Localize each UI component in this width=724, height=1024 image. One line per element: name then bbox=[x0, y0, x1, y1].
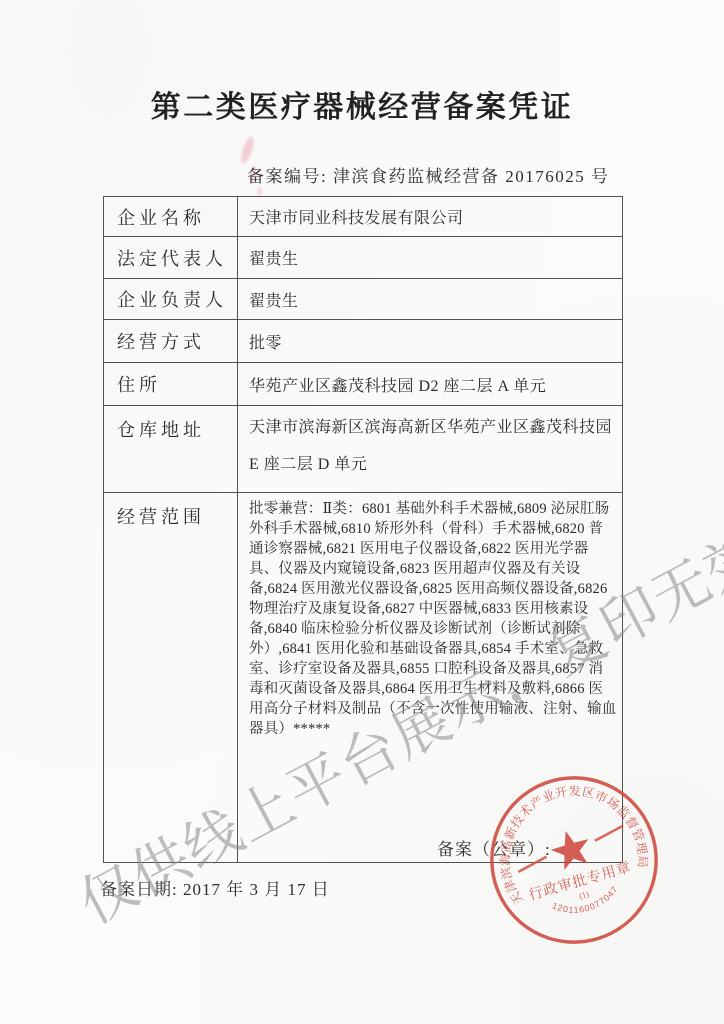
table-row: 仓库地址 天津市滨海新区滨海高新区华苑产业区鑫茂科技园 E 座二层 D 单元 bbox=[104, 406, 623, 493]
filing-date: 备案日期: 2017 年 3 月 17 日 bbox=[100, 875, 330, 900]
scan-smudge bbox=[239, 135, 256, 164]
field-label: 仓库地址 bbox=[104, 406, 238, 493]
seal-flourish-line bbox=[593, 826, 625, 841]
field-value: 天津市滨海新区滨海高新区华苑产业区鑫茂科技园 E 座二层 D 单元 bbox=[238, 406, 623, 493]
document-title: 第二类医疗器械经营备案凭证 bbox=[0, 82, 724, 126]
field-value: 翟贵生 bbox=[238, 237, 623, 279]
field-value: 天津市同业科技发展有限公司 bbox=[238, 197, 623, 237]
table-row: 法定代表人 翟贵生 bbox=[104, 237, 623, 279]
table-row: 经营方式 批零 bbox=[104, 320, 623, 363]
seal-flourish-line bbox=[517, 857, 549, 872]
field-label: 企业名称 bbox=[104, 197, 238, 237]
field-label: 经营方式 bbox=[104, 320, 238, 363]
certificate-table: 企业名称 天津市同业科技发展有限公司 法定代表人 翟贵生 企业负责人 翟贵生 经… bbox=[103, 196, 623, 863]
seal-star-icon bbox=[547, 825, 595, 871]
scan-smudge bbox=[257, 187, 262, 196]
seal-sub-text: (1) bbox=[578, 889, 590, 900]
field-value: 翟贵生 bbox=[238, 279, 623, 320]
table-row: 企业名称 天津市同业科技发展有限公司 bbox=[104, 197, 623, 237]
table-row: 企业负责人 翟贵生 bbox=[104, 279, 623, 320]
field-label: 经营范围 bbox=[104, 493, 238, 863]
field-value: 批零 bbox=[238, 320, 623, 363]
scanned-certificate-page: 第二类医疗器械经营备案凭证 备案编号: 津滨食药监械经营备 20176025 号… bbox=[0, 0, 724, 1024]
field-value: 华苑产业区鑫茂科技园 D2 座二层 A 单元 bbox=[238, 363, 623, 406]
table-row: 住所 华苑产业区鑫茂科技园 D2 座二层 A 单元 bbox=[104, 363, 623, 406]
field-label: 住所 bbox=[104, 363, 238, 406]
registration-number: 备案编号: 津滨食药监械经营备 20176025 号 bbox=[247, 162, 609, 187]
field-label: 企业负责人 bbox=[104, 279, 238, 320]
field-label: 法定代表人 bbox=[104, 237, 238, 279]
